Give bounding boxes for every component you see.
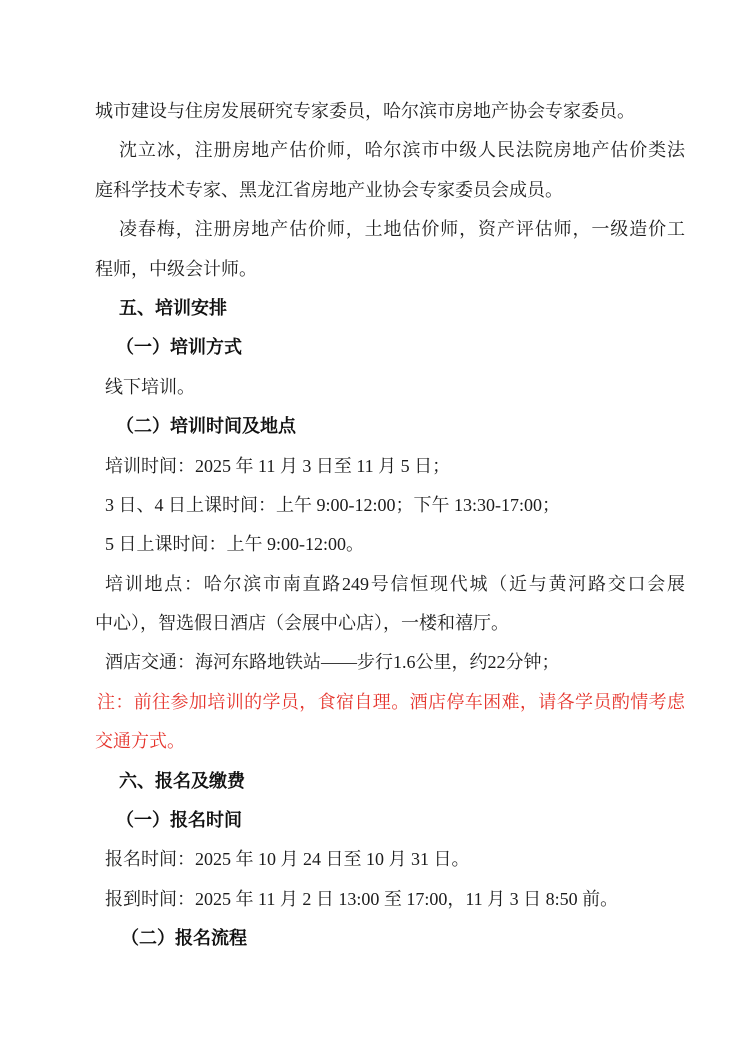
class-schedule-day5-line: 5 日上课时间：上午 9:00-12:00。: [95, 525, 685, 564]
hotel-transport-line: 酒店交通：海河东路地铁站——步行1.6公里，约22分钟；: [95, 643, 685, 682]
training-method-body: 线下培训。: [95, 368, 685, 407]
training-time-location-heading: （二）培训时间及地点: [95, 407, 685, 446]
training-location-line-1: 培训地点：哈尔滨市南直路249号信恒现代城（近与黄河路交口会展: [95, 565, 685, 604]
training-time-line: 培训时间：2025 年 11 月 3 日至 11 月 5 日；: [95, 447, 685, 486]
experts-continuation-line: 城市建设与住房发展研究专家委员，哈尔滨市房地产协会专家委员。: [95, 92, 685, 131]
checkin-time-line: 报到时间：2025 年 11 月 2 日 13:00 至 17:00，11 月 …: [95, 880, 685, 919]
note-line-1: 注：前往参加培训的学员，食宿自理。酒店停车困难，请各学员酌情考虑: [95, 683, 685, 722]
class-schedule-day34-line: 3 日、4 日上课时间：上午 9:00-12:00；下午 13:30-17:00…: [95, 486, 685, 525]
document-body: 城市建设与住房发展研究专家委员，哈尔滨市房地产协会专家委员。 沈立冰，注册房地产…: [0, 0, 753, 959]
expert-bio-shen-line-2: 庭科学技术专家、黑龙江省房地产业协会专家委员会成员。: [95, 171, 685, 210]
registration-time-line: 报名时间：2025 年 10 月 24 日至 10 月 31 日。: [95, 840, 685, 879]
note-line-2: 交通方式。: [95, 722, 685, 761]
section-6-heading: 六、报名及缴费: [95, 762, 685, 801]
expert-bio-ling-line-2: 程师，中级会计师。: [95, 250, 685, 289]
expert-bio-ling-line-1: 凌春梅，注册房地产估价师，土地估价师，资产评估师，一级造价工: [95, 210, 685, 249]
expert-bio-shen-line-1: 沈立冰，注册房地产估价师，哈尔滨市中级人民法院房地产估价类法: [95, 131, 685, 170]
training-method-heading: （一）培训方式: [95, 328, 685, 367]
training-location-line-2: 中心），智选假日酒店（会展中心店），一楼和禧厅。: [95, 604, 685, 643]
section-5-heading: 五、培训安排: [95, 289, 685, 328]
registration-process-heading: （二）报名流程: [95, 919, 685, 958]
registration-time-heading: （一）报名时间: [95, 801, 685, 840]
document-page: 城市建设与住房发展研究专家委员，哈尔滨市房地产协会专家委员。 沈立冰，注册房地产…: [0, 0, 753, 1064]
